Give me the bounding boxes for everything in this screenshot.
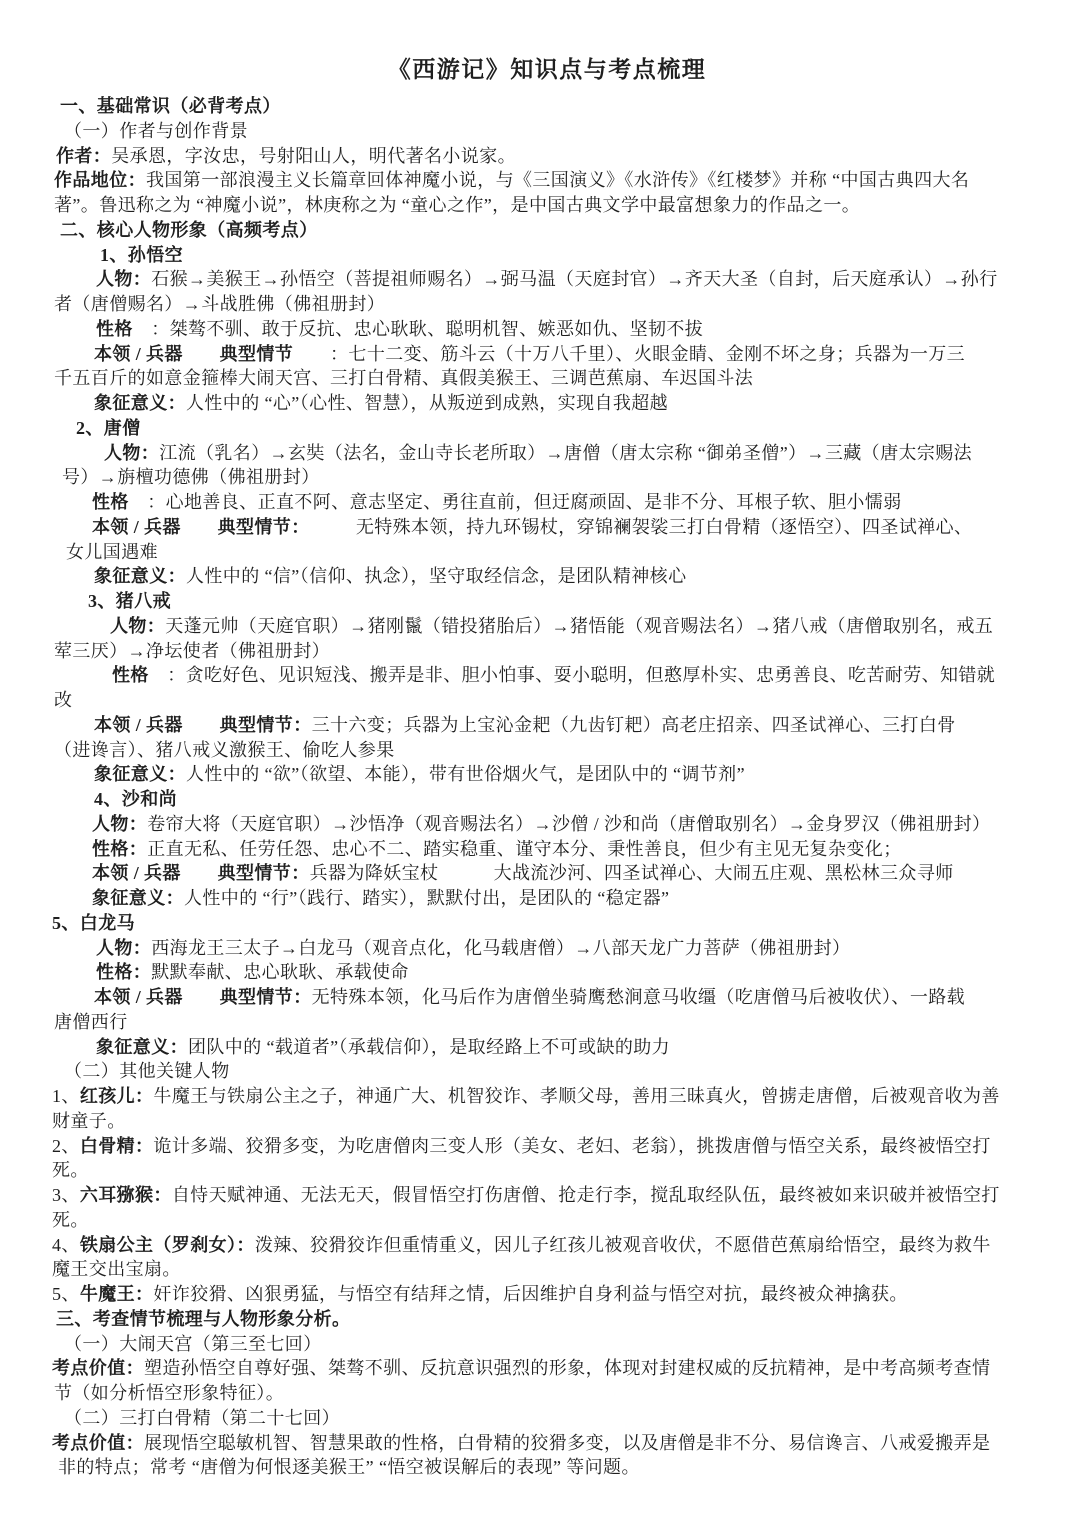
- text-run: 女儿国遇难: [66, 542, 158, 562]
- label-run: 一、基础常识（必背考点）: [60, 96, 281, 116]
- text-run: 正直无私、任劳任怨、忠心不二、踏实稳重、谨守本分、秉性善良，但少有主见无复杂变化…: [147, 839, 901, 859]
- doc-line: （进谗言）、猪八戒义激猴王、偷吃人参果: [52, 738, 1042, 763]
- label-run: 人物：: [92, 814, 147, 834]
- doc-line: 人物：西海龙王三太子→白龙马（观音点化，化马载唐僧）→八部天龙广力菩萨（佛祖册封…: [52, 936, 1042, 961]
- doc-line: 象征意义：团队中的 “载道者”（承载信仰），是取经路上不可或缺的助力: [52, 1035, 1042, 1060]
- label-run: 本领 / 兵器: [92, 863, 181, 883]
- text-run: 天蓬元帅（天庭官职）→猪刚鬣（错投猪胎后）→猪悟能（观音赐法名）→猪八戒（唐僧取…: [165, 616, 993, 636]
- doc-line: 千五百斤的如意金箍棒大闹天宫、三打白骨精、真假美猴王、三调芭蕉扇、车迟国斗法: [52, 366, 1042, 391]
- text-run: ：七十二变、筋斗云（十万八千里）、火眼金睛、金刚不坏之身；兵器为一万三: [293, 344, 965, 364]
- text-run: 者（唐僧赐名）→斗战胜佛（佛祖册封）: [54, 294, 385, 314]
- label-run: 作品地位：: [54, 170, 146, 190]
- label-run: 象征意义：: [94, 764, 186, 784]
- doc-line: 作品地位：我国第一部浪漫主义长篇章回体神魔小说，与《三国演义》《水浒传》《红楼梦…: [52, 168, 1042, 193]
- text-run: 人性中的 “欲”（欲望、本能），带有世俗烟火气，是团队中的 “调节剂”: [186, 764, 745, 784]
- text-run: （二）其他关键人物: [64, 1061, 230, 1081]
- text-run: 2、: [52, 1136, 80, 1156]
- doc-line: 号）→旃檀功德佛（佛祖册封）: [52, 465, 1042, 490]
- text-run: 唐僧西行: [54, 1012, 128, 1032]
- doc-line: 二、核心人物形象（高频考点）: [52, 218, 1042, 243]
- doc-line: 人物：天蓬元帅（天庭官职）→猪刚鬣（错投猪胎后）→猪悟能（观音赐法名）→猪八戒（…: [52, 614, 1042, 639]
- label-run: 考点价值：: [52, 1358, 144, 1378]
- label-run: 性格: [96, 319, 133, 339]
- doc-line: 本领 / 兵器 典型情节：无特殊本领，化马后作为唐僧坐骑鹰愁涧意马收缰（吃唐僧马…: [52, 985, 1042, 1010]
- doc-line: 2、唐僧: [52, 416, 1042, 441]
- doc-line: 魔王交出宝扇。: [52, 1257, 1042, 1282]
- doc-line: 者（唐僧赐名）→斗战胜佛（佛祖册封）: [52, 292, 1042, 317]
- doc-line: 作者：吴承恩，字汝忠，号射阳山人，明代著名小说家。: [52, 144, 1042, 169]
- text-run: 人性中的 “信”（信仰、执念），坚守取经信念，是团队精神核心: [186, 566, 686, 586]
- label-run: 人物：: [96, 938, 151, 958]
- label-run: 二、核心人物形象（高频考点）: [60, 220, 318, 240]
- label-run: 典型情节：: [181, 863, 310, 883]
- label-run: 1、孙悟空: [100, 245, 183, 265]
- doc-line: 唐僧西行: [52, 1010, 1042, 1035]
- text-run: 卷帘大将（天庭官职）→沙悟净（观音赐法名）→沙僧 / 沙和尚（唐僧取别名）→金身…: [147, 814, 990, 834]
- label-run: 红孩儿：: [80, 1086, 154, 1106]
- doc-line: （二）三打白骨精（第二十七回）: [52, 1406, 1042, 1431]
- doc-line: 荤三厌）→净坛使者（佛祖册封）: [52, 639, 1042, 664]
- text-run: 吴承恩，字汝忠，号射阳山人，明代著名小说家。: [111, 146, 516, 166]
- doc-line: 2、白骨精：诡计多端、狡猾多变，为吃唐僧肉三变人形（美女、老妇、老翁），挑拨唐僧…: [52, 1134, 1042, 1159]
- doc-line: 考点价值：展现悟空聪敏机智、智慧果敢的性格，白骨精的狡猾多变，以及唐僧是非不分、…: [52, 1431, 1042, 1456]
- text-run: （二）三打白骨精（第二十七回）: [64, 1408, 340, 1428]
- doc-line: 人物：石猴→美猴王→孙悟空（菩提祖师赐名）→弼马温（天庭封官）→齐天大圣（自封，…: [52, 267, 1042, 292]
- text-run: 江流（乳名）→玄奘（法名，金山寺长老所取）→唐僧（唐太宗称 “御弟圣僧”）→三藏…: [159, 443, 972, 463]
- text-run: 诡计多端、狡猾多变，为吃唐僧肉三变人形（美女、老妇、老翁），挑拨唐僧与悟空关系，…: [153, 1136, 990, 1156]
- text-run: 人性中的 “行”（践行、踏实），默默付出，是团队的 “稳定器”: [184, 888, 669, 908]
- label-run: 象征意义：: [96, 1037, 188, 1057]
- text-run: 无特殊本领，化马后作为唐僧坐骑鹰愁涧意马收缰（吃唐僧马后被收伏）、一路载: [312, 987, 965, 1007]
- label-run: 4、沙和尚: [94, 789, 177, 809]
- doc-line: 3、六耳猕猴：自恃天赋神通、无法无天，假冒悟空打伤唐僧、抢走行李，搅乱取经队伍，…: [52, 1183, 1042, 1208]
- label-run: 象征意义：: [92, 888, 184, 908]
- doc-line: 性格：正直无私、任劳任怨、忠心不二、踏实稳重、谨守本分、秉性善良，但少有主见无复…: [52, 837, 1042, 862]
- label-run: 典型情节: [183, 344, 293, 364]
- text-run: 展现悟空聪敏机智、智慧果敢的性格，白骨精的狡猾多变，以及唐僧是非不分、易信谗言、…: [144, 1433, 990, 1453]
- label-run: 典型情节：: [181, 517, 301, 537]
- text-run: （一）大闹天宫（第三至七回）: [64, 1334, 322, 1354]
- text-run: ：贪吃好色、见识短浅、搬弄是非、胆小怕事、耍小聪明，但憨厚朴实、忠勇善良、吃苦耐…: [149, 665, 995, 685]
- doc-line: 本领 / 兵器 典型情节： 无特殊本领，持九环锡杖，穿锦襕袈裟三打白骨精（逐悟空…: [52, 515, 1042, 540]
- doc-line: 4、沙和尚: [52, 787, 1042, 812]
- text-run: 泼辣、狡猾狡诈但重情重义，因儿子红孩儿被观音收伏，不愿借芭蕉扇给悟空，最终为救牛: [255, 1235, 991, 1255]
- text-run: 死。: [52, 1210, 89, 1230]
- doc-line: 本领 / 兵器 典型情节：三十六变；兵器为上宝沁金耙（九齿钉耙）高老庄招亲、四圣…: [52, 713, 1042, 738]
- doc-line: 性格 ：心地善良、正直不阿、意志坚定、勇往直前，但迂腐顽固、是非不分、耳根子软、…: [52, 490, 1042, 515]
- text-run: 号）→旃檀功德佛（佛祖册封）: [62, 467, 320, 487]
- doc-line: 一、基础常识（必背考点）: [52, 94, 1042, 119]
- text-run: 死。: [52, 1160, 89, 1180]
- label-run: 本领 / 兵器: [94, 344, 183, 364]
- doc-line: 象征意义：人性中的 “信”（信仰、执念），坚守取经信念，是团队精神核心: [52, 564, 1042, 589]
- text-run: 千五百斤的如意金箍棒大闹天宫、三打白骨精、真假美猴王、三调芭蕉扇、车迟国斗法: [54, 368, 753, 388]
- doc-line: 三、考查情节梳理与人物形象分析。: [52, 1307, 1042, 1332]
- label-run: 性格: [92, 492, 129, 512]
- doc-line: 性格 ：桀骜不驯、敢于反抗、忠心耿耿、聪明机智、嫉恶如仇、坚韧不拔: [52, 317, 1042, 342]
- doc-line: 节（如分析悟空形象特征）。: [52, 1381, 1042, 1406]
- doc-line: 象征意义：人性中的 “欲”（欲望、本能），带有世俗烟火气，是团队中的 “调节剂”: [52, 762, 1042, 787]
- text-run: 牛魔王与铁扇公主之子，神通广大、机智狡诈、孝顺父母，善用三昧真火，曾掳走唐僧，后…: [153, 1086, 999, 1106]
- text-run: 西海龙王三太子→白龙马（观音点化，化马载唐僧）→八部天龙广力菩萨（佛祖册封）: [151, 938, 850, 958]
- label-run: 本领 / 兵器: [92, 517, 181, 537]
- label-run: 人物：: [110, 616, 165, 636]
- doc-line: （一）作者与创作背景: [52, 119, 1042, 144]
- text-run: 魔王交出宝扇。: [52, 1259, 181, 1279]
- doc-line: 本领 / 兵器 典型情节 ：七十二变、筋斗云（十万八千里）、火眼金睛、金刚不坏之…: [52, 342, 1042, 367]
- label-run: 本领 / 兵器: [94, 987, 183, 1007]
- text-run: 1、: [52, 1086, 80, 1106]
- doc-line: 考点价值：塑造孙悟空自尊好强、桀骜不驯、反抗意识强烈的形象，体现对封建权威的反抗…: [52, 1356, 1042, 1381]
- label-run: 5、白龙马: [52, 913, 135, 933]
- text-run: 4、: [52, 1235, 80, 1255]
- label-run: 2、唐僧: [76, 418, 141, 438]
- doc-line: 5、白龙马: [52, 911, 1042, 936]
- label-run: 性格：: [92, 839, 147, 859]
- label-run: 性格: [112, 665, 149, 685]
- label-run: 白骨精：: [80, 1136, 154, 1156]
- text-run: 3、: [52, 1185, 80, 1205]
- text-run: （进谗言）、猪八戒义激猴王、偷吃人参果: [54, 740, 395, 760]
- doc-line: 1、孙悟空: [52, 243, 1042, 268]
- label-run: 六耳猕猴：: [80, 1185, 172, 1205]
- text-run: 石猴→美猴王→孙悟空（菩提祖师赐名）→弼马温（天庭封官）→齐天大圣（自封，后天庭…: [151, 269, 997, 289]
- text-run: 荤三厌）→净坛使者（佛祖册封）: [54, 641, 330, 661]
- document-page: 《西游记》知识点与考点梳理 一、基础常识（必背考点）（一）作者与创作背景作者：吴…: [0, 0, 1080, 1525]
- text-run: 兵器为降妖宝杖 大战流沙河、四圣试禅心、大闹五庄观、黑松林三众寻师: [310, 863, 954, 883]
- doc-line: 象征意义：人性中的 “行”（践行、踏实），默默付出，是团队的 “稳定器”: [52, 886, 1042, 911]
- doc-line: 著”。鲁迅称之为 “神魔小说”，林庚称之为 “童心之作”，是中国古典文学中最富想…: [52, 193, 1042, 218]
- label-run: 牛魔王：: [80, 1284, 154, 1304]
- doc-line: 性格：默默奉献、忠心耿耿、承载使命: [52, 960, 1042, 985]
- text-run: 改: [54, 690, 72, 710]
- text-run: 我国第一部浪漫主义长篇章回体神魔小说，与《三国演义》《水浒传》《红楼梦》并称 “…: [146, 170, 969, 190]
- label-run: 象征意义：: [94, 566, 186, 586]
- text-run: 奸诈狡猾、凶狠勇猛，与悟空有结拜之情，后因维护自身利益与悟空对抗，最终被众神擒获…: [153, 1284, 907, 1304]
- doc-line: 人物：卷帘大将（天庭官职）→沙悟净（观音赐法名）→沙僧 / 沙和尚（唐僧取别名）…: [52, 812, 1042, 837]
- label-run: 3、猪八戒: [88, 591, 171, 611]
- doc-line: 改: [52, 688, 1042, 713]
- label-run: 人物：: [104, 443, 159, 463]
- label-run: 人物：: [96, 269, 151, 289]
- doc-line: 5、牛魔王：奸诈狡猾、凶狠勇猛，与悟空有结拜之情，后因维护自身利益与悟空对抗，最…: [52, 1282, 1042, 1307]
- text-run: 5、: [52, 1284, 80, 1304]
- label-run: 本领 / 兵器: [94, 715, 183, 735]
- label-run: 典型情节：: [183, 715, 312, 735]
- label-run: 铁扇公主（罗刹女）：: [80, 1235, 255, 1255]
- doc-line: 象征意义：人性中的 “心”（心性、智慧），从叛逆到成熟，实现自我超越: [52, 391, 1042, 416]
- text-run: 三十六变；兵器为上宝沁金耙（九齿钉耙）高老庄招亲、四圣试禅心、三打白骨: [312, 715, 956, 735]
- text-run: ：桀骜不驯、敢于反抗、忠心耿耿、聪明机智、嫉恶如仇、坚韧不拔: [133, 319, 703, 339]
- text-run: 无特殊本领，持九环锡杖，穿锦襕袈裟三打白骨精（逐悟空）、四圣试禅心、: [301, 517, 973, 537]
- page-title: 《西游记》知识点与考点梳理: [52, 54, 1042, 86]
- doc-line: （二）其他关键人物: [52, 1059, 1042, 1084]
- doc-line: 财童子。: [52, 1109, 1042, 1134]
- text-run: ：心地善良、正直不阿、意志坚定、勇往直前，但迂腐顽固、是非不分、耳根子软、胆小懦…: [129, 492, 902, 512]
- label-run: 典型情节：: [183, 987, 312, 1007]
- label-run: 象征意义：: [94, 393, 186, 413]
- doc-line: 4、铁扇公主（罗刹女）：泼辣、狡猾狡诈但重情重义，因儿子红孩儿被观音收伏，不愿借…: [52, 1233, 1042, 1258]
- doc-line: 性格 ：贪吃好色、见识短浅、搬弄是非、胆小怕事、耍小聪明，但憨厚朴实、忠勇善良、…: [52, 663, 1042, 688]
- text-run: 著”。鲁迅称之为 “神魔小说”，林庚称之为 “童心之作”，是中国古典文学中最富想…: [54, 195, 860, 215]
- label-run: 考点价值：: [52, 1433, 144, 1453]
- doc-line: （一）大闹天宫（第三至七回）: [52, 1332, 1042, 1357]
- text-run: （一）作者与创作背景: [64, 121, 248, 141]
- doc-line: 本领 / 兵器 典型情节：兵器为降妖宝杖 大战流沙河、四圣试禅心、大闹五庄观、黑…: [52, 861, 1042, 886]
- doc-line: 非的特点；常考 “唐僧为何恨逐美猴王” “悟空被误解后的表现” 等问题。: [52, 1455, 1042, 1480]
- text-run: 财童子。: [52, 1111, 126, 1131]
- doc-line: 1、红孩儿：牛魔王与铁扇公主之子，神通广大、机智狡诈、孝顺父母，善用三昧真火，曾…: [52, 1084, 1042, 1109]
- doc-line: 死。: [52, 1158, 1042, 1183]
- doc-line: 死。: [52, 1208, 1042, 1233]
- label-run: 作者：: [56, 146, 111, 166]
- label-run: 性格：: [96, 962, 151, 982]
- text-run: 团队中的 “载道者”（承载信仰），是取经路上不可或缺的助力: [188, 1037, 670, 1057]
- doc-body: 一、基础常识（必背考点）（一）作者与创作背景作者：吴承恩，字汝忠，号射阳山人，明…: [52, 94, 1042, 1480]
- label-run: 三、考查情节梳理与人物形象分析。: [56, 1309, 350, 1329]
- text-run: 人性中的 “心”（心性、智慧），从叛逆到成熟，实现自我超越: [186, 393, 668, 413]
- text-run: 自恃天赋神通、无法无天，假冒悟空打伤唐僧、抢走行李，搅乱取经队伍，最终被如来识破…: [172, 1185, 1000, 1205]
- doc-line: 3、猪八戒: [52, 589, 1042, 614]
- doc-line: 女儿国遇难: [52, 540, 1042, 565]
- text-run: 非的特点；常考 “唐僧为何恨逐美猴王” “悟空被误解后的表现” 等问题。: [58, 1457, 640, 1477]
- text-run: 塑造孙悟空自尊好强、桀骜不驯、反抗意识强烈的形象，体现对封建权威的反抗精神，是中…: [144, 1358, 990, 1378]
- doc-line: 人物：江流（乳名）→玄奘（法名，金山寺长老所取）→唐僧（唐太宗称 “御弟圣僧”）…: [52, 441, 1042, 466]
- text-run: 节（如分析悟空形象特征）。: [54, 1383, 284, 1403]
- text-run: 默默奉献、忠心耿耿、承载使命: [151, 962, 409, 982]
